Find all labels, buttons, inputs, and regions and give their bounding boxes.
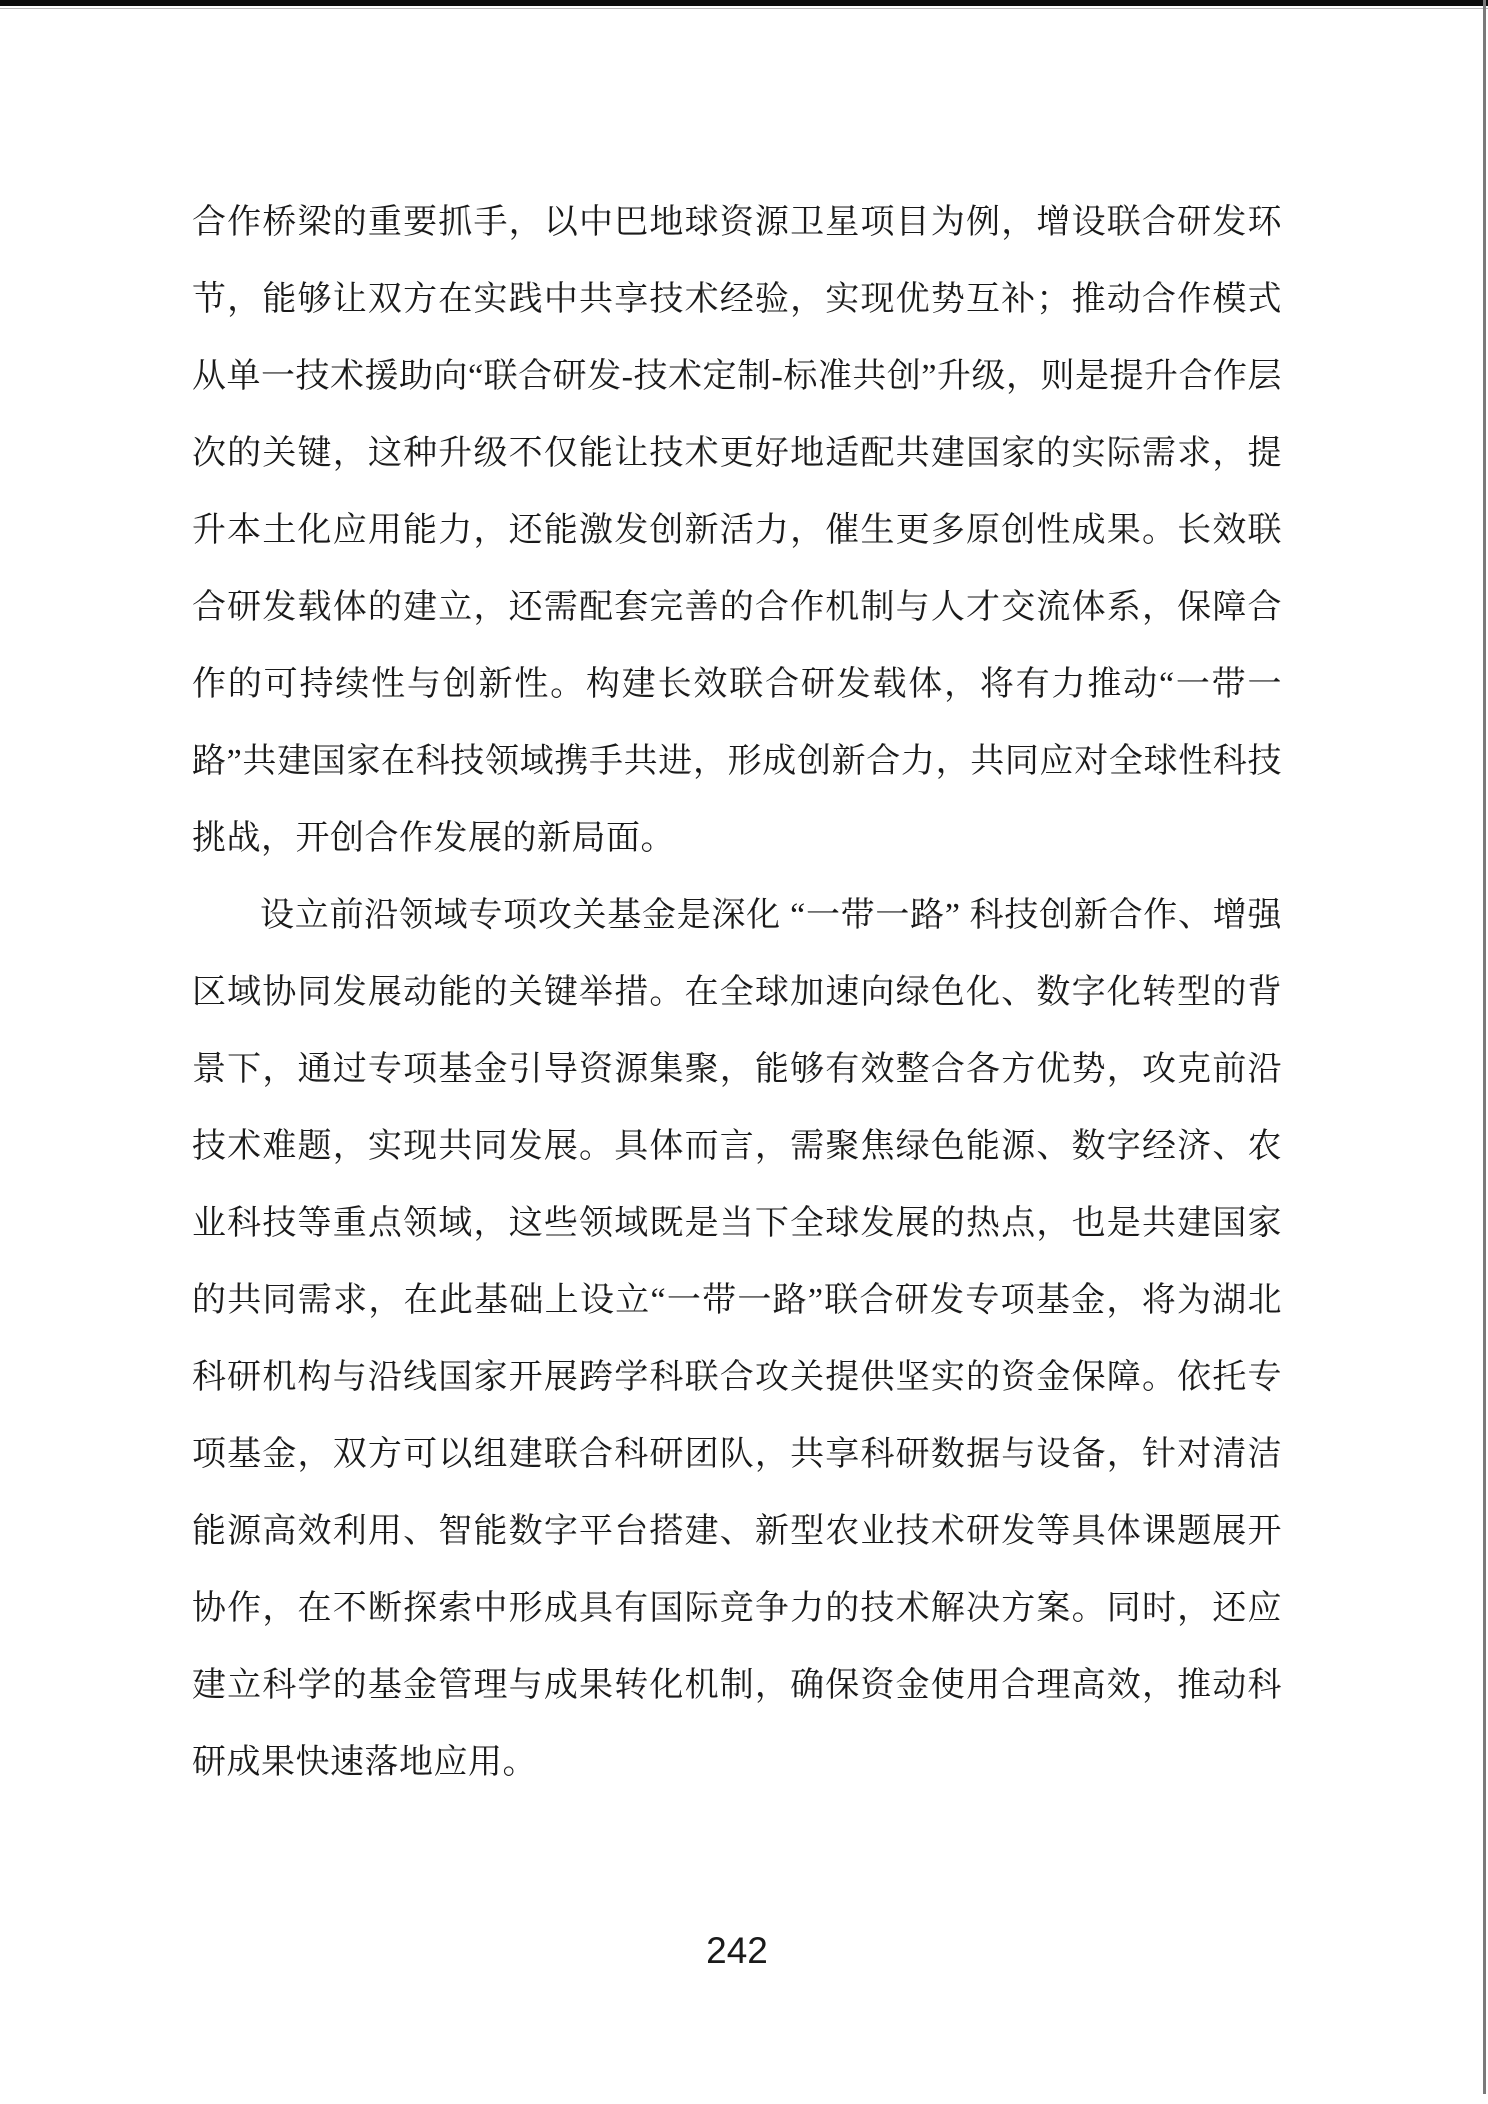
page-number: 242: [192, 1930, 1282, 1972]
body-paragraph: 设立前沿领域专项攻关基金是深化 “一带一路” 科技创新合作、增强区域协同发展动能…: [192, 877, 1282, 1801]
document-page: 合作桥梁的重要抓手，以中巴地球资源卫星项目为例，增设联合研发环节，能够让双方在实…: [0, 0, 1488, 2104]
body-paragraph: 合作桥梁的重要抓手，以中巴地球资源卫星项目为例，增设联合研发环节，能够让双方在实…: [192, 184, 1282, 877]
page-body: 合作桥梁的重要抓手，以中巴地球资源卫星项目为例，增设联合研发环节，能够让双方在实…: [192, 184, 1282, 1801]
page-top-border-shadow: [0, 8, 1488, 9]
page-top-border: [0, 0, 1488, 6]
page-right-border: [1483, 0, 1486, 2094]
